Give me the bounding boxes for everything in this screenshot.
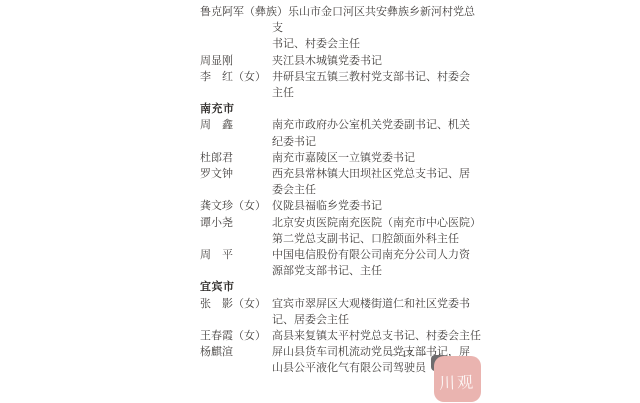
person-name: 罗文钟	[200, 166, 272, 182]
person-position: 乐山市金口河区共安彝族乡新河村党总支 书记、村委会主任	[272, 4, 484, 53]
document-page: 鲁克阿军（彝族） 乐山市金口河区共安彝族乡新河村党总支 书记、村委会主任 周显刚…	[0, 0, 640, 403]
person-position: 宜宾市翠屏区大观楼街道仁和社区党委书 记、居委会主任	[272, 296, 484, 328]
city-section-header: 宜宾市	[200, 279, 484, 295]
person-position: 夹江县木城镇党委书记	[272, 53, 484, 69]
person-position: 北京安贞医院南充医院（南充市中心医院） 第二党总支副书记、口腔颌面外科主任	[272, 215, 484, 247]
person-name: 谭小尧	[200, 215, 272, 231]
person-name: 杜郎君	[200, 150, 272, 166]
list-item: 谭小尧 北京安贞医院南充医院（南充市中心医院） 第二党总支副书记、口腔颌面外科主…	[200, 215, 484, 247]
list-item: 鲁克阿军（彝族） 乐山市金口河区共安彝族乡新河村党总支 书记、村委会主任	[200, 4, 484, 53]
page-number: — 17 —	[388, 349, 427, 361]
list-item: 杜郎君 南充市嘉陵区一立镇党委书记	[200, 150, 484, 166]
watermark-text: 川观	[439, 369, 480, 393]
person-position: 仪陇县福临乡党委书记	[272, 198, 484, 214]
list-item: 周 鑫 南充市政府办公室机关党委副书记、机关 纪委书记	[200, 117, 484, 149]
person-name: 周 鑫	[200, 117, 272, 133]
chuanguan-watermark-logo: 川观	[431, 354, 481, 403]
person-position: 西充县常林镇大田坝社区党总支书记、居 委会主任	[272, 166, 484, 198]
list-item: 张 影（女） 宜宾市翠屏区大观楼街道仁和社区党委书 记、居委会主任	[200, 296, 484, 328]
list-item: 周显刚 夹江县木城镇党委书记	[200, 53, 484, 69]
person-name: 龚文珍（女）	[200, 198, 272, 214]
person-name: 张 影（女）	[200, 296, 272, 312]
city-section-header: 南充市	[200, 101, 484, 117]
person-position: 南充市嘉陵区一立镇党委书记	[272, 150, 484, 166]
person-name: 王春霞（女）	[200, 328, 272, 344]
person-position: 中国电信股份有限公司南充分公司人力资 源部党支部书记、主任	[272, 247, 484, 279]
person-position: 井研县宝五镇三教村党支部书记、村委会 主任	[272, 69, 484, 101]
person-position: 南充市政府办公室机关党委副书记、机关 纪委书记	[272, 117, 484, 149]
person-name: 杨麒渲	[200, 344, 272, 360]
person-name: 鲁克阿军（彝族）	[200, 4, 272, 20]
list-item: 周 平 中国电信股份有限公司南充分公司人力资 源部党支部书记、主任	[200, 247, 484, 279]
list-item: 李 红（女） 井研县宝五镇三教村党支部书记、村委会 主任	[200, 69, 484, 101]
commendation-list: 鲁克阿军（彝族） 乐山市金口河区共安彝族乡新河村党总支 书记、村委会主任 周显刚…	[200, 4, 484, 377]
list-item: 罗文钟 西充县常林镇大田坝社区党总支书记、居 委会主任	[200, 166, 484, 198]
list-item: 王春霞（女） 高县来复镇太平村党总支书记、村委会主任	[200, 328, 484, 344]
person-name: 李 红（女）	[200, 69, 272, 85]
person-position: 高县来复镇太平村党总支书记、村委会主任	[272, 328, 484, 344]
list-item: 龚文珍（女） 仪陇县福临乡党委书记	[200, 198, 484, 214]
person-name: 周显刚	[200, 53, 272, 69]
person-name: 周 平	[200, 247, 272, 263]
